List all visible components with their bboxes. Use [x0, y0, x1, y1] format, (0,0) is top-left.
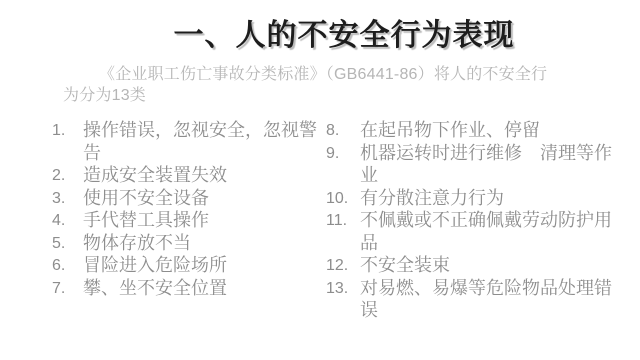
list-item-text: 有分散注意力行为: [360, 188, 622, 211]
list-item: 9. 机器运转时进行维修 清理等作业: [326, 143, 622, 188]
list-item-text: 造成安全装置失效: [83, 165, 324, 188]
slide-subtitle: 《企业职工伤亡事故分类标准》（GB6441-86）将人的不安全行为分为13类: [63, 64, 551, 106]
list-item: 5. 物体存放不当: [52, 233, 324, 256]
list-item: 6. 冒险进入危险场所: [52, 255, 324, 278]
list-item-text: 冒险进入危险场所: [83, 255, 324, 278]
list-item-text: 不安全装束: [360, 255, 622, 278]
list-item: 8. 在起吊物下作业、停留: [326, 120, 622, 143]
unsafe-behavior-list-left: 1. 操作错误，忽视安全，忽视警告 2. 造成安全装置失效 3. 使用不安全设备…: [52, 120, 324, 300]
list-item-text: 攀、坐不安全位置: [83, 278, 324, 301]
list-item-number: 3.: [52, 188, 83, 211]
list-item-text: 操作错误，忽视安全，忽视警告: [83, 120, 324, 165]
list-item-number: 11.: [326, 210, 360, 233]
list-item-number: 12.: [326, 255, 360, 278]
list-item-number: 1.: [52, 120, 83, 143]
list-item-number: 13.: [326, 278, 360, 301]
list-item-number: 7.: [52, 278, 83, 301]
list-item: 12. 不安全装束: [326, 255, 622, 278]
list-item-text: 不佩戴或不正确佩戴劳动防护用品: [360, 210, 622, 255]
list-item-number: 8.: [326, 120, 360, 143]
list-item: 4. 手代替工具操作: [52, 210, 324, 233]
slide-title: 一、人的不安全行为表现: [0, 10, 640, 54]
list-item-text: 机器运转时进行维修 清理等作业: [360, 143, 622, 188]
list-item-text: 手代替工具操作: [83, 210, 324, 233]
list-item-number: 2.: [52, 165, 83, 188]
list-item-text: 物体存放不当: [83, 233, 324, 256]
list-item: 2. 造成安全装置失效: [52, 165, 324, 188]
list-item-text: 使用不安全设备: [83, 188, 324, 211]
list-item-number: 9.: [326, 143, 360, 166]
list-item-text: 对易燃、易爆等危险物品处理错误: [360, 278, 622, 323]
list-item-text: 在起吊物下作业、停留: [360, 120, 622, 143]
list-item: 13. 对易燃、易爆等危险物品处理错误: [326, 278, 622, 323]
list-item-number: 4.: [52, 210, 83, 233]
unsafe-behavior-list-right: 8. 在起吊物下作业、停留 9. 机器运转时进行维修 清理等作业 10. 有分散…: [326, 120, 622, 323]
list-item: 7. 攀、坐不安全位置: [52, 278, 324, 301]
list-item: 10. 有分散注意力行为: [326, 188, 622, 211]
list-item: 3. 使用不安全设备: [52, 188, 324, 211]
list-item-number: 10.: [326, 188, 360, 211]
presentation-slide: 一、人的不安全行为表现 《企业职工伤亡事故分类标准》（GB6441-86）将人的…: [0, 0, 640, 360]
list-item-number: 6.: [52, 255, 83, 278]
list-item: 11. 不佩戴或不正确佩戴劳动防护用品: [326, 210, 622, 255]
list-item-number: 5.: [52, 233, 83, 256]
list-item: 1. 操作错误，忽视安全，忽视警告: [52, 120, 324, 165]
